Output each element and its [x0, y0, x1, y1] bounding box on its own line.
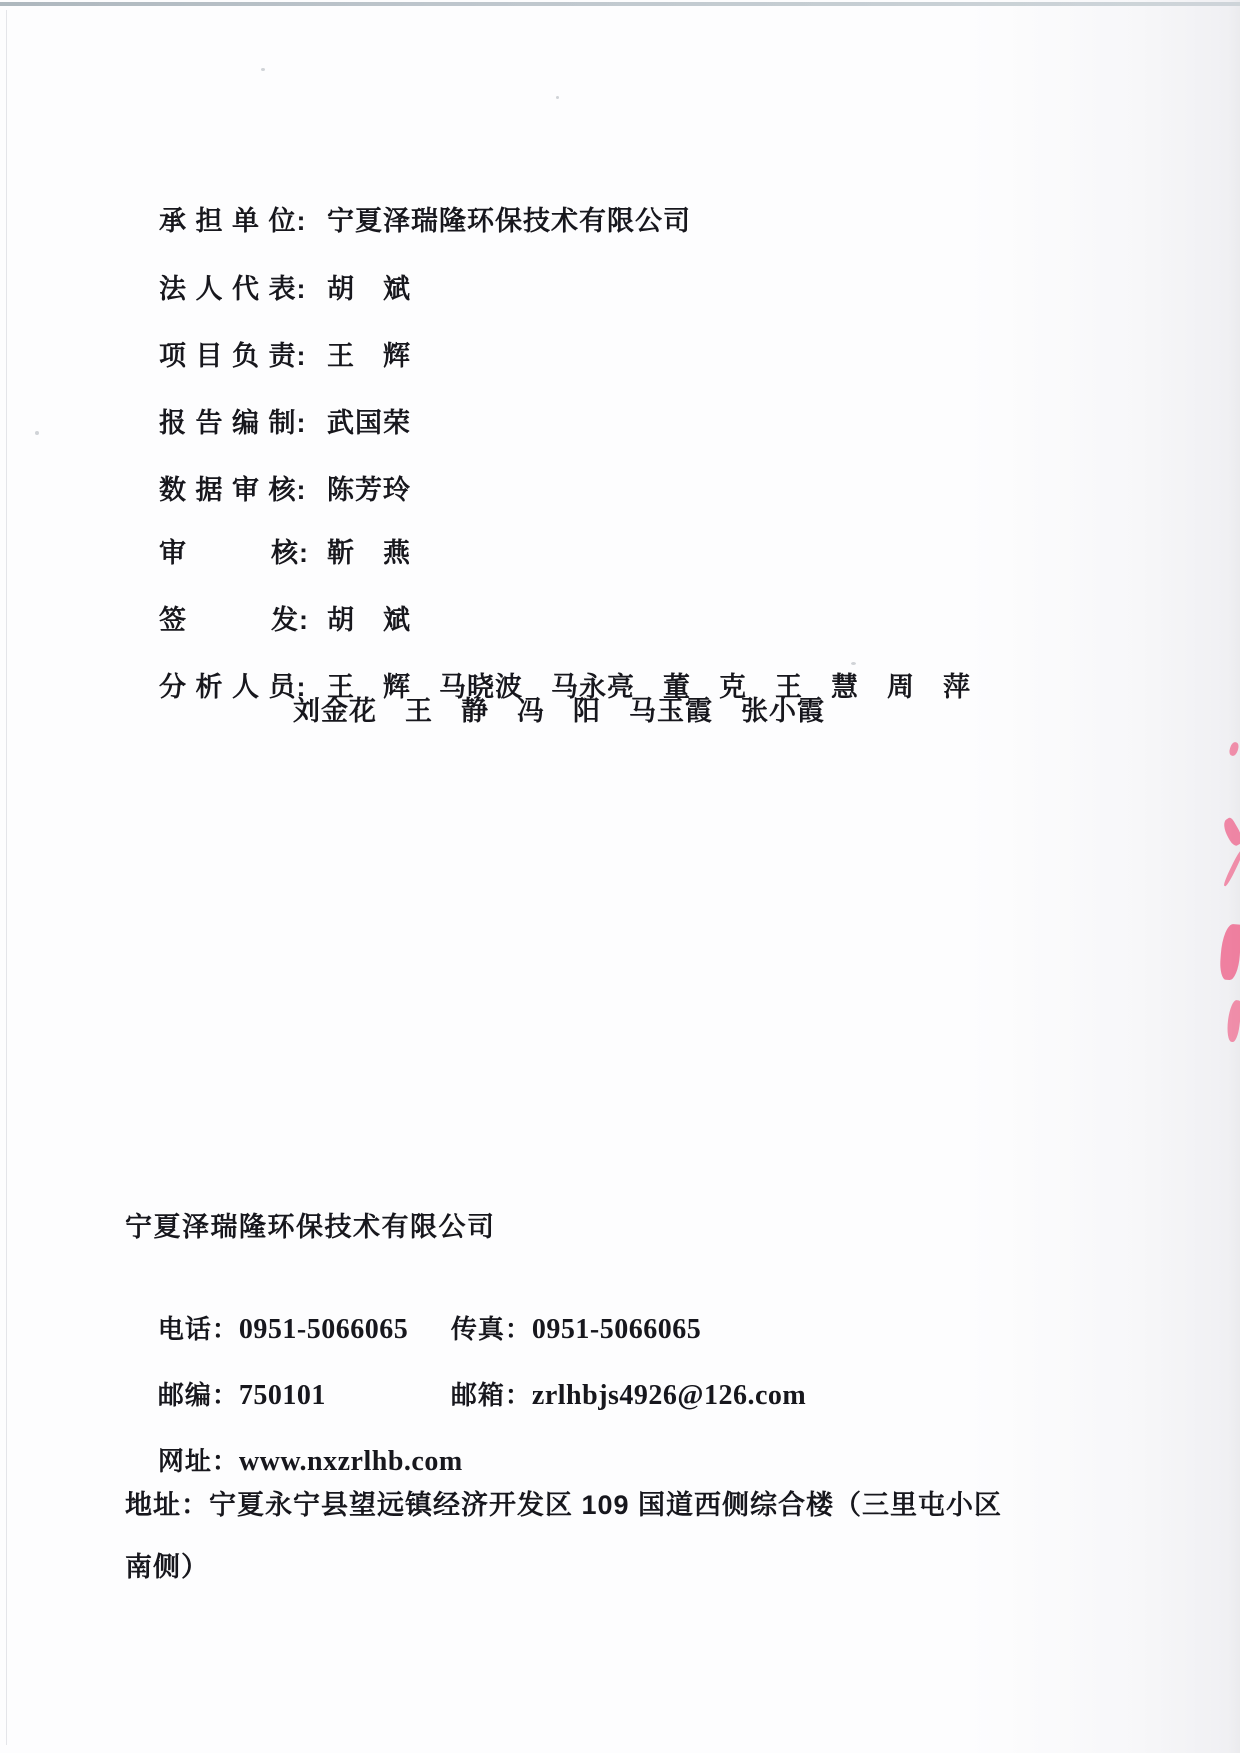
scan-noise-speck — [261, 68, 265, 71]
website-value: www.nxzrlhb.com — [239, 1446, 463, 1477]
scan-noise-speck — [35, 431, 39, 435]
issuer-label: 签 发: — [159, 603, 327, 637]
analysts-names-line2: 刘金花 王 静 冯 阳 马玉霞 张小霞 — [293, 694, 825, 728]
postcode-label: 邮编： — [158, 1380, 239, 1410]
report-compiler-label: 报 告 编 制: — [159, 406, 327, 440]
project-lead-value: 王 辉 — [327, 339, 411, 373]
report-compiler-value: 武国荣 — [327, 406, 411, 440]
scan-edge-artifact-left — [6, 10, 7, 1745]
stamp-fragment — [1222, 849, 1240, 887]
fax-value: 0951-5066065 — [532, 1314, 701, 1345]
project-lead-label: 项 目 负 责: — [159, 339, 327, 373]
scan-edge-artifact-top — [0, 2, 1240, 6]
stamp-fragment — [1225, 999, 1240, 1042]
email-value: zrlhbjs4926@126.com — [532, 1380, 806, 1411]
legal-representative-value: 胡 斌 — [327, 272, 411, 306]
scan-noise-speck — [851, 662, 856, 665]
stamp-fragment — [1219, 923, 1240, 980]
website-label: 网址： — [158, 1446, 239, 1476]
address-value: 宁夏永宁县望远镇经济开发区 109 国道西侧综合楼（三里屯小区南侧） — [125, 1490, 1002, 1582]
issuer-value: 胡 斌 — [327, 603, 411, 637]
phone-value: 0951-5066065 — [239, 1314, 408, 1345]
undertaking-unit-value: 宁夏泽瑞隆环保技术有限公司 — [327, 204, 691, 238]
email-pair: 邮箱：zrlhbjs4926@126.com — [451, 1378, 806, 1413]
company-name: 宁夏泽瑞隆环保技术有限公司 — [125, 1205, 496, 1244]
fax-pair: 传真：0951-5066065 — [451, 1312, 701, 1347]
postcode-value: 750101 — [239, 1380, 326, 1411]
auditor-label: 审 核: — [159, 536, 327, 570]
email-label: 邮箱： — [451, 1380, 532, 1410]
auditor-value: 靳 燕 — [327, 536, 411, 570]
scanned-document-page: 承 担 单 位:宁夏泽瑞隆环保技术有限公司 法 人 代 表:胡 斌 项 目 负 … — [0, 0, 1240, 1753]
row-address: 地址：宁夏永宁县望远镇经济开发区 109 国道西侧综合楼（三里屯小区南侧） — [125, 1474, 1017, 1598]
fax-label: 传真： — [451, 1314, 532, 1344]
phone-label: 电话： — [158, 1314, 239, 1344]
scan-noise-speck — [556, 96, 559, 99]
stamp-fragment — [1220, 817, 1240, 848]
phone-pair: 电话：0951-5066065 — [158, 1312, 451, 1347]
address-label: 地址： — [125, 1490, 209, 1520]
undertaking-unit-label: 承 担 单 位: — [159, 204, 327, 238]
legal-representative-label: 法 人 代 表: — [159, 272, 327, 306]
stamp-fragment — [1228, 741, 1240, 757]
postcode-pair: 邮编：750101 — [158, 1378, 451, 1413]
